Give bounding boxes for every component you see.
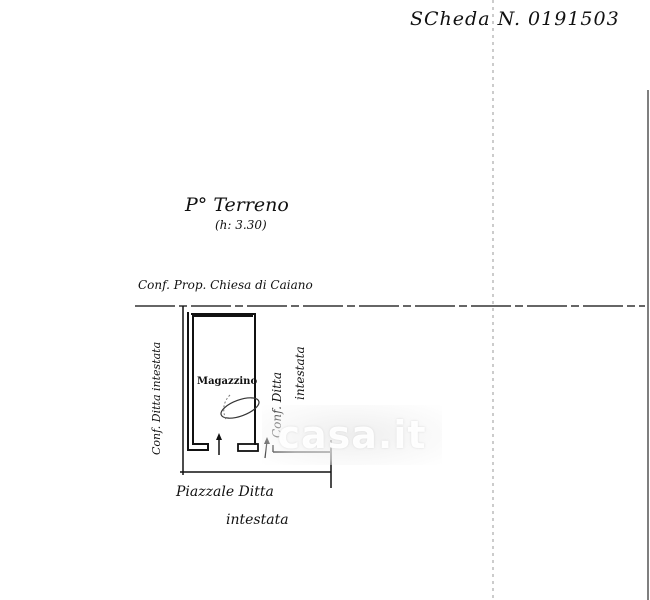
south-boundary-label-1: Piazzale Ditta bbox=[176, 484, 274, 500]
floor-plan-drawing bbox=[0, 0, 650, 600]
west-boundary-label: Conf. Ditta intestata bbox=[150, 342, 163, 455]
south-boundary-label-2: intestata bbox=[226, 512, 289, 528]
room-label-magazzino: Magazzino bbox=[197, 376, 257, 387]
floor-height: (h: 3.30) bbox=[215, 218, 267, 232]
scheda-number: SCheda N. 0191503 bbox=[410, 8, 620, 30]
watermark-logo: casa.it bbox=[262, 405, 442, 465]
north-boundary-label: Conf. Prop. Chiesa di Caiano bbox=[138, 278, 313, 292]
room-right-jamb bbox=[238, 444, 258, 451]
east-boundary-label-2: intestata bbox=[293, 346, 307, 400]
floor-title: P° Terreno bbox=[185, 194, 289, 216]
